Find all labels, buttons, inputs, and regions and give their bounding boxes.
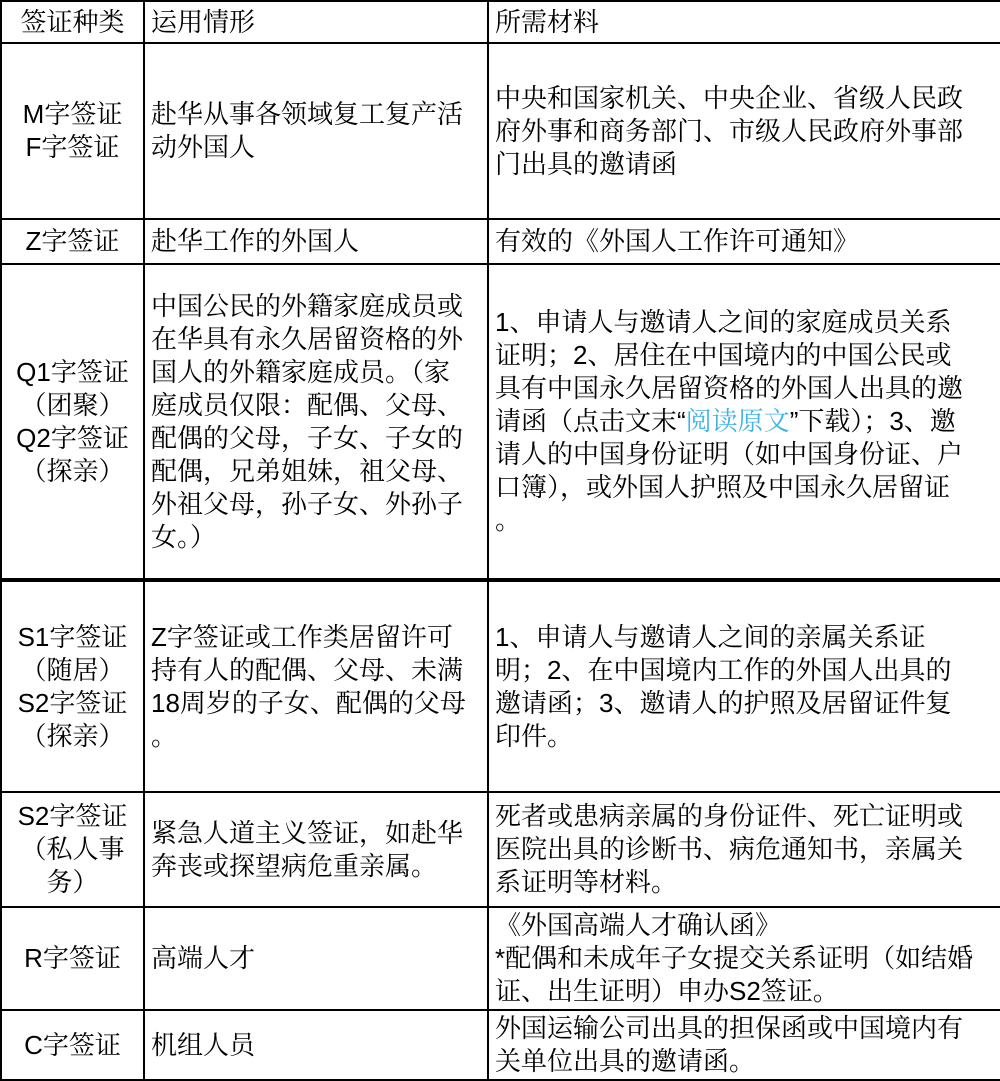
visa-type-cell: Q1字签证 （团聚） Q2字签证 （探亲） <box>1 264 144 580</box>
materials-cell: 死者或患病亲属的身份证件、死亡证明或 医院出具的诊断书、病危通知书，亲属关 系证… <box>488 792 1000 907</box>
usage-cell: Z字签证或工作类居留许可 持有人的配偶、父母、未满 18周岁的子女、配偶的父母 … <box>144 580 488 792</box>
visa-type-cell: M字签证 F字签证 <box>1 43 144 219</box>
usage-cell: 赴华从事各领域复工复产活 动外国人 <box>144 43 488 219</box>
materials-cell: 1、申请人与邀请人之间的家庭成员关系 证明；2、居住在中国境内的中国公民或 具有… <box>488 264 1000 580</box>
usage-cell: 赴华工作的外国人 <box>144 219 488 264</box>
visa-type-cell: S1字签证 （随居） S2字签证 （探亲） <box>1 580 144 792</box>
usage-cell: 紧急人道主义签证，如赴华 奔丧或探望病危重亲属。 <box>144 792 488 907</box>
materials-cell: 中央和国家机关、中央企业、省级人民政 府外事和商务部门、市级人民政府外事部 门出… <box>488 43 1000 219</box>
visa-type-cell: R字签证 <box>1 907 144 1010</box>
materials-cell: 1、申请人与邀请人之间的亲属关系证 明；2、在中国境内工作的外国人出具的 邀请函… <box>488 580 1000 792</box>
materials-cell: 有效的《外国人工作许可通知》 <box>488 219 1000 264</box>
table-row-s2-visa: S2字签证 （私人事 务） 紧急人道主义签证，如赴华 奔丧或探望病危重亲属。 死… <box>1 792 1000 907</box>
header-usage: 运用情形 <box>144 1 488 43</box>
visa-type-cell: C字签证 <box>1 1010 144 1080</box>
usage-cell: 机组人员 <box>144 1010 488 1080</box>
materials-cell: 《外国高端人才确认函》 *配偶和未成年子女提交关系证明（如结婚 证、出生证明）申… <box>488 907 1000 1010</box>
table-header-row: 签证种类 运用情形 所需材料 <box>1 1 1000 43</box>
materials-cell: 外国运输公司出具的担保函或中国境内有 关单位出具的邀请函。 <box>488 1010 1000 1080</box>
table-row-z-visa: Z字签证 赴华工作的外国人 有效的《外国人工作许可通知》 <box>1 219 1000 264</box>
visa-table: 签证种类 运用情形 所需材料 M字签证 F字签证 赴华从事各领域复工复产活 动外… <box>0 0 1000 1081</box>
header-materials: 所需材料 <box>488 1 1000 43</box>
visa-type-cell: S2字签证 （私人事 务） <box>1 792 144 907</box>
table-row-c-visa: C字签证 机组人员 外国运输公司出具的担保函或中国境内有 关单位出具的邀请函。 <box>1 1010 1000 1080</box>
visa-type-cell: Z字签证 <box>1 219 144 264</box>
read-original-link[interactable]: 阅读原文 <box>686 406 790 436</box>
header-visa-type: 签证种类 <box>1 1 144 43</box>
usage-cell: 中国公民的外籍家庭成员或 在华具有永久居留资格的外 国人的外籍家庭成员。（家 庭… <box>144 264 488 580</box>
table-row-r-visa: R字签证 高端人才 《外国高端人才确认函》 *配偶和未成年子女提交关系证明（如结… <box>1 907 1000 1010</box>
table-row-s1-visa: S1字签证 （随居） S2字签证 （探亲） Z字签证或工作类居留许可 持有人的配… <box>1 580 1000 792</box>
table-row-mf-visa: M字签证 F字签证 赴华从事各领域复工复产活 动外国人 中央和国家机关、中央企业… <box>1 43 1000 219</box>
usage-cell: 高端人才 <box>144 907 488 1010</box>
table-row-q-visa: Q1字签证 （团聚） Q2字签证 （探亲） 中国公民的外籍家庭成员或 在华具有永… <box>1 264 1000 580</box>
